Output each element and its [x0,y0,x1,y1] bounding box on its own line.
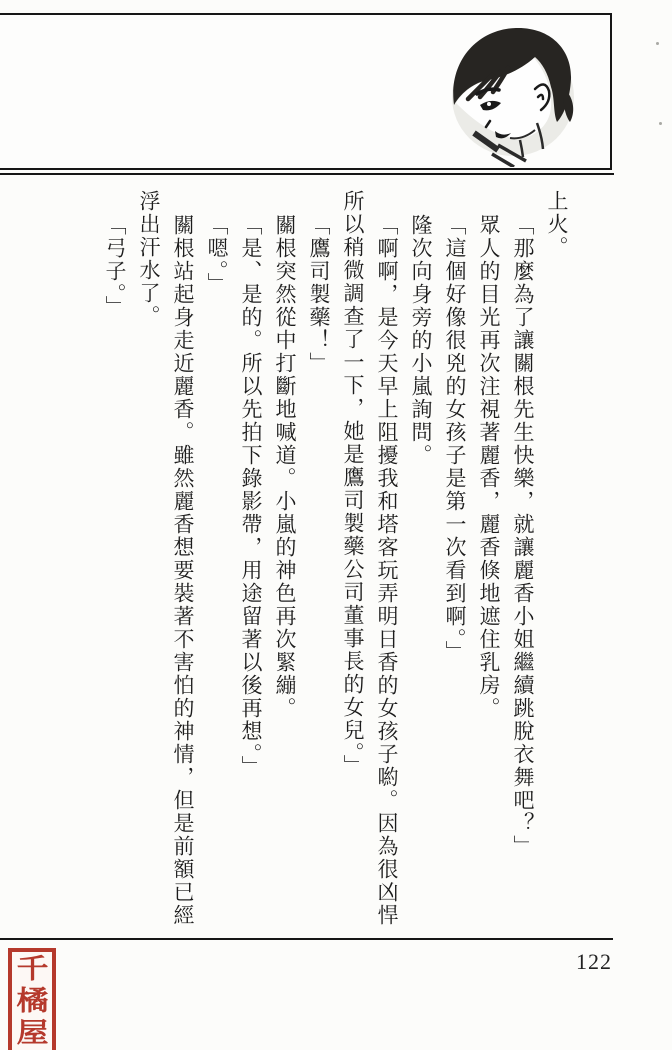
vertical-text-block: 上火。「那麼為了讓關根先生快樂，就讓麗香小姐繼續跳脫衣舞吧？」眾人的目光再次注視… [96,190,574,942]
text-column: 眾人的目光再次注視著麗香，麗香倏地遮住乳房。 [472,190,506,942]
page-number: 122 [552,949,612,975]
seal-character: 千 [16,953,48,985]
scan-speck [659,122,662,125]
book-page: 上火。「那麼為了讓關根先生快樂，就讓麗香小姐繼續跳脫衣舞吧？」眾人的目光再次注視… [0,0,672,1050]
scan-speck [656,42,659,45]
text-column: 「這個好像很兇的女孩子是第一次看到啊。」 [438,190,472,942]
panel-double-rule [0,173,614,175]
publisher-seal-stamp: 千 橘 屋 [8,948,56,1050]
seal-character: 橘 [16,985,48,1017]
text-column: 「啊啊，是今天早上阻擾我和塔客玩弄明日香的女孩子喲。因為很凶悍 [370,190,404,942]
text-column: 「弓子。」 [98,190,132,942]
seal-character: 屋 [16,1017,48,1049]
text-column: 「嗯。」 [200,190,234,942]
text-column: 所以稍微調查了一下，她是鷹司製藥公司董事長的女兒。」 [336,190,370,942]
text-column: 關根站起身走近麗香。雖然麗香想要裝著不害怕的神情，但是前額已經 [166,190,200,942]
text-column: 「那麼為了讓關根先生快樂，就讓麗香小姐繼續跳脫衣舞吧？」 [506,190,540,942]
text-column: 浮出汗水了。 [132,190,166,942]
text-column: 關根突然從中打斷地喊道。小嵐的神色再次緊繃。 [268,190,302,942]
footer-rule [0,938,613,940]
text-column: 「是、是的。所以先拍下錄影帶，用途留著以後再想。」 [234,190,268,942]
text-column: 上火。 [540,190,574,942]
text-column: 「鷹司製藥！」 [302,190,336,942]
text-column: 隆次向身旁的小嵐詢問。 [404,190,438,942]
manga-face-portrait [440,17,590,167]
